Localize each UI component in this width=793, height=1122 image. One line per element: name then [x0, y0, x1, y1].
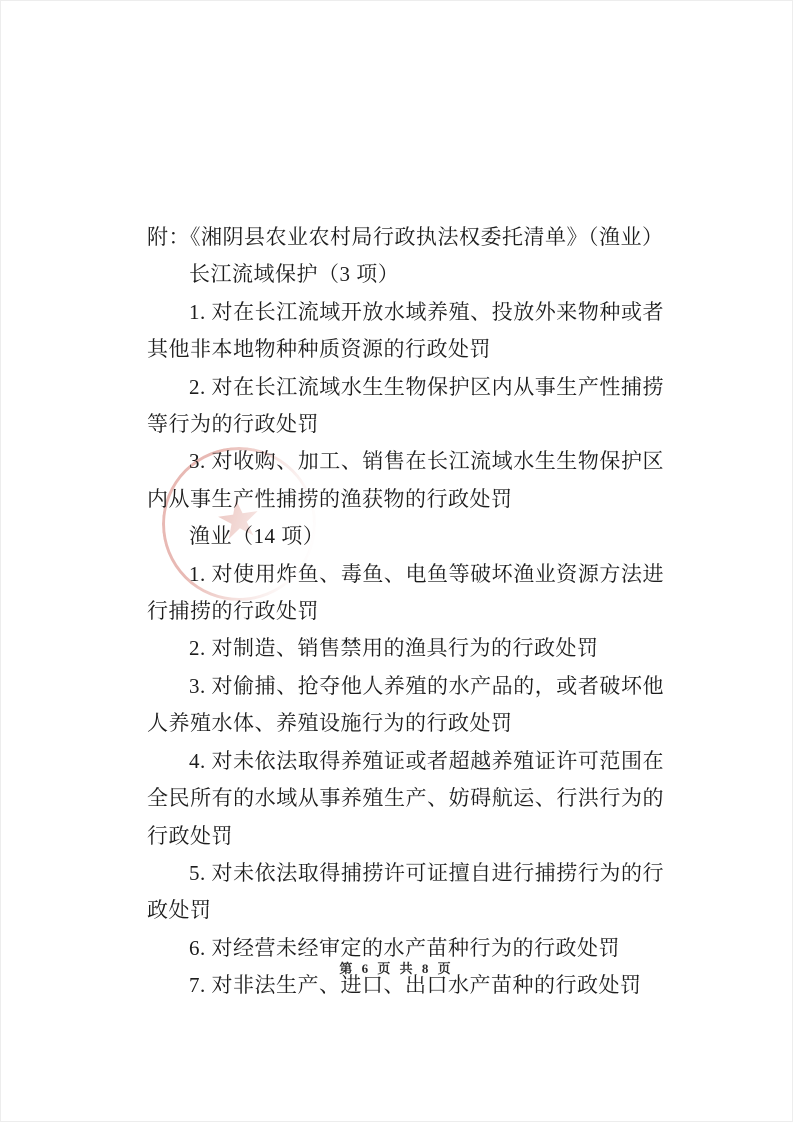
- list-item: 1. 对使用炸鱼、毒鱼、电鱼等破坏渔业资源方法进行捕捞的行政处罚: [147, 556, 664, 631]
- document-body: 附：《湘阴县农业农村局行政执法权委托清单》（渔业） 长江流域保护（3 项） 1.…: [147, 219, 664, 1005]
- section-heading-changjiang: 长江流域保护（3 项）: [147, 256, 664, 293]
- document-page: ★ 附：《湘阴县农业农村局行政执法权委托清单》（渔业） 长江流域保护（3 项） …: [0, 0, 793, 1122]
- list-item: 5. 对未依法取得捕捞许可证擅自进行捕捞行为的行政处罚: [147, 855, 664, 930]
- section-heading-fishery: 渔业（14 项）: [147, 518, 664, 555]
- attachment-title: 附：《湘阴县农业农村局行政执法权委托清单》（渔业）: [147, 219, 664, 256]
- list-item: 2. 对制造、销售禁用的渔具行为的行政处罚: [147, 630, 664, 667]
- list-item: 2. 对在长江流域水生生物保护区内从事生产性捕捞等行为的行政处罚: [147, 369, 664, 444]
- list-item: 3. 对收购、加工、销售在长江流域水生生物保护区内从事生产性捕捞的渔获物的行政处…: [147, 443, 664, 518]
- page-footer: 第 6 页 共 8 页: [1, 958, 792, 977]
- list-item: 1. 对在长江流域开放水域养殖、投放外来物种或者其他非本地物种种质资源的行政处罚: [147, 294, 664, 369]
- list-item: 4. 对未依法取得养殖证或者超越养殖证许可范围在全民所有的水域从事养殖生产、妨碍…: [147, 743, 664, 855]
- list-item: 3. 对偷捕、抢夺他人养殖的水产品的，或者破坏他人养殖水体、养殖设施行为的行政处…: [147, 668, 664, 743]
